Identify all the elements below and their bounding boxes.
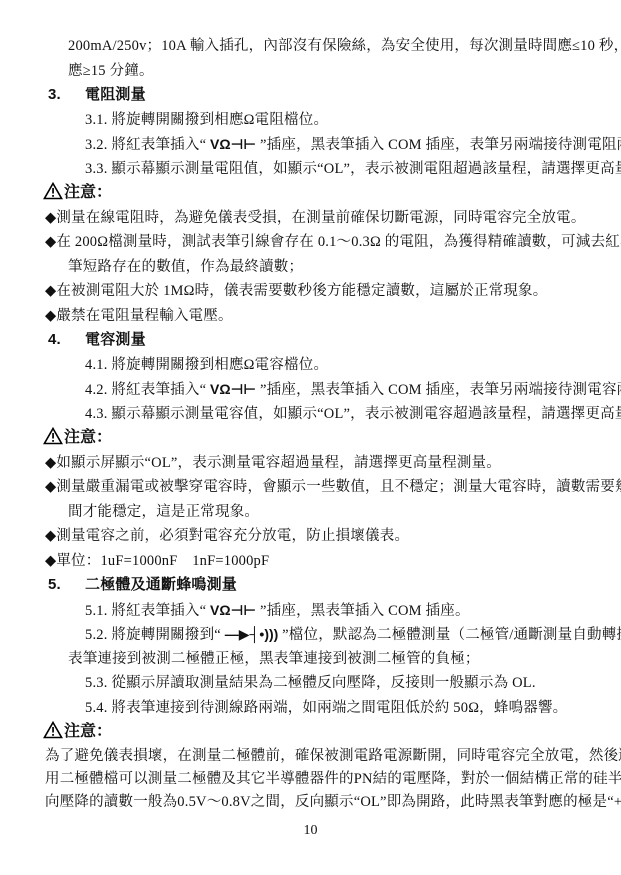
- step-3-2: 3.2. 將紅表筆插入“ VΩ⊣⊢ ”插座，黑表筆插入 COM 插座，表筆另兩端…: [0, 132, 621, 157]
- step-3-3: 3.3. 顯示幕顯示測量電阻值，如顯示“OL”，表示被測電阻超過該量程，請選擇更…: [0, 157, 621, 182]
- section-5-number: 5.: [48, 573, 85, 598]
- step-5-2-cont: 表筆連接到被測二極體正極，黑表筆連接到被測二極管的負極；: [0, 647, 621, 672]
- page-number: 10: [0, 823, 621, 839]
- note-resistance-3: ◆在被測電阻大於 1MΩ時，儀表需要數秒後方能穩定讀數，這屬於正常現象。: [0, 279, 621, 304]
- notice-heading-resistance: 注意：: [0, 181, 621, 206]
- manual-page: 200mA/250v；10A 輸入插孔，內部沒有保險絲，為安全使用，每次測量時間…: [0, 0, 621, 875]
- notice-heading-diode: 注意：: [0, 720, 621, 745]
- section-5-heading: 5.二極體及通斷蜂鳴測量: [0, 573, 621, 598]
- section-5-title: 二極體及通斷蜂鳴測量: [85, 576, 237, 593]
- diode-notice-paragraph: 為了避免儀表損壞，在測量二極體前，確保被測電路電源斷開，同時電容完全放電，然後進…: [0, 745, 621, 814]
- notice-label: 注意：: [64, 184, 112, 201]
- step-4-2-text-post: ”插座，黑表筆插入 COM 插座，表筆另兩端接待測電容兩端。: [256, 382, 621, 398]
- note-diode-3: 向壓降的讀數一般為0.5V～0.8V之間，反向顯示“OL”即為開路，此時黑表筆對…: [0, 791, 621, 814]
- note-resistance-2-cont: 筆短路存在的數值，作為最終讀數；: [0, 255, 621, 280]
- intro-line-1: 200mA/250v；10A 輸入插孔，內部沒有保險絲，為安全使用，每次測量時間…: [0, 34, 621, 59]
- section-3-heading: 3.電阻測量: [0, 83, 621, 108]
- notice-heading-capacitance: 注意：: [0, 426, 621, 451]
- notice-label: 注意：: [64, 429, 112, 446]
- note-capacitance-3: ◆測量電容之前，必須對電容充分放電，防止損壞儀表。: [0, 524, 621, 549]
- step-5-4: 5.4. 將表筆連接到待測線路兩端，如兩端之間電阻低於約 50Ω，蜂鳴器響。: [0, 696, 621, 721]
- note-capacitance-2-cont: 間才能穩定，這是正常現象。: [0, 500, 621, 525]
- step-4-2-text-pre: 4.2. 將紅表筆插入“: [85, 382, 210, 398]
- step-3-2-text-pre: 3.2. 將紅表筆插入“: [85, 137, 210, 153]
- step-5-2: 5.2. 將旋轉開關撥到“ —▶┤•))) ”檔位，默認為二極體測量（二極管/通…: [0, 622, 621, 647]
- step-3-2-text-post: ”插座，黑表筆插入 COM 插座，表筆另兩端接待測電阻兩端。: [256, 137, 621, 153]
- note-diode-1: 為了避免儀表損壞，在測量二極體前，確保被測電路電源斷開，同時電容完全放電，然後進…: [0, 745, 621, 768]
- step-5-3: 5.3. 從顯示屏讀取測量結果為二極體反向壓降，反接則一般顯示為 OL.: [0, 671, 621, 696]
- step-4-1: 4.1. 將旋轉開關撥到相應Ω電容檔位。: [0, 353, 621, 378]
- diode-buzzer-symbol: —▶┤•))): [225, 626, 279, 642]
- step-5-2-text-pre: 5.2. 將旋轉開關撥到“: [85, 627, 225, 643]
- section-4-title: 電容測量: [85, 331, 146, 348]
- vohm-jack-symbol: VΩ⊣⊢: [210, 602, 256, 618]
- vohm-jack-symbol: VΩ⊣⊢: [210, 136, 256, 152]
- step-4-3: 4.3. 顯示幕顯示測量電容值，如顯示“OL”，表示被測電容超過該量程，請選擇更…: [0, 402, 621, 427]
- note-resistance-4: ◆嚴禁在電阻量程輸入電壓。: [0, 304, 621, 329]
- note-diode-2: 用二極體檔可以測量二極體及其它半導體器件的PN結的電壓降，對於一個結構正常的硅半…: [0, 768, 621, 791]
- note-resistance-2: ◆在 200Ω檔測量時，測試表筆引線會存在 0.1～0.3Ω 的電阻，為獲得精確…: [0, 230, 621, 255]
- section-3-number: 3.: [48, 83, 85, 108]
- note-capacitance-1: ◆如顯示屏顯示“OL”，表示測量電容超過量程，請選擇更高量程測量。: [0, 451, 621, 476]
- note-resistance-1: ◆測量在線電阻時，為避免儀表受損，在測量前確保切斷電源，同時電容完全放電。: [0, 206, 621, 231]
- intro-line-2: 應≥15 分鐘。: [0, 59, 621, 84]
- vohm-jack-symbol: VΩ⊣⊢: [210, 381, 256, 397]
- step-5-1-text-pre: 5.1. 將紅表筆插入“: [85, 603, 210, 619]
- step-5-1-text-post: ”插座，黑表筆插入 COM 插座。: [256, 603, 469, 619]
- section-3-title: 電阻測量: [85, 86, 146, 103]
- step-5-2-text-post: ”檔位，默認為二極體測量（二極管/通斷測量自動轉換），將紅: [278, 627, 621, 643]
- note-capacitance-2: ◆測量嚴重漏電或被擊穿電容時，會顯示一些數值，且不穩定；測量大電容時，讀數需要幾…: [0, 475, 621, 500]
- step-4-2: 4.2. 將紅表筆插入“ VΩ⊣⊢ ”插座，黑表筆插入 COM 插座，表筆另兩端…: [0, 377, 621, 402]
- warning-triangle-icon: [43, 182, 63, 200]
- step-3-1: 3.1. 將旋轉開關撥到相應Ω電阻檔位。: [0, 108, 621, 133]
- warning-triangle-icon: [43, 427, 63, 445]
- section-4-heading: 4.電容測量: [0, 328, 621, 353]
- section-4-number: 4.: [48, 328, 85, 353]
- note-capacitance-units: ◆單位：1uF=1000nF 1nF=1000pF: [0, 549, 621, 574]
- step-5-1: 5.1. 將紅表筆插入“ VΩ⊣⊢ ”插座，黑表筆插入 COM 插座。: [0, 598, 621, 623]
- notice-label: 注意：: [64, 723, 112, 740]
- warning-triangle-icon: [43, 721, 63, 739]
